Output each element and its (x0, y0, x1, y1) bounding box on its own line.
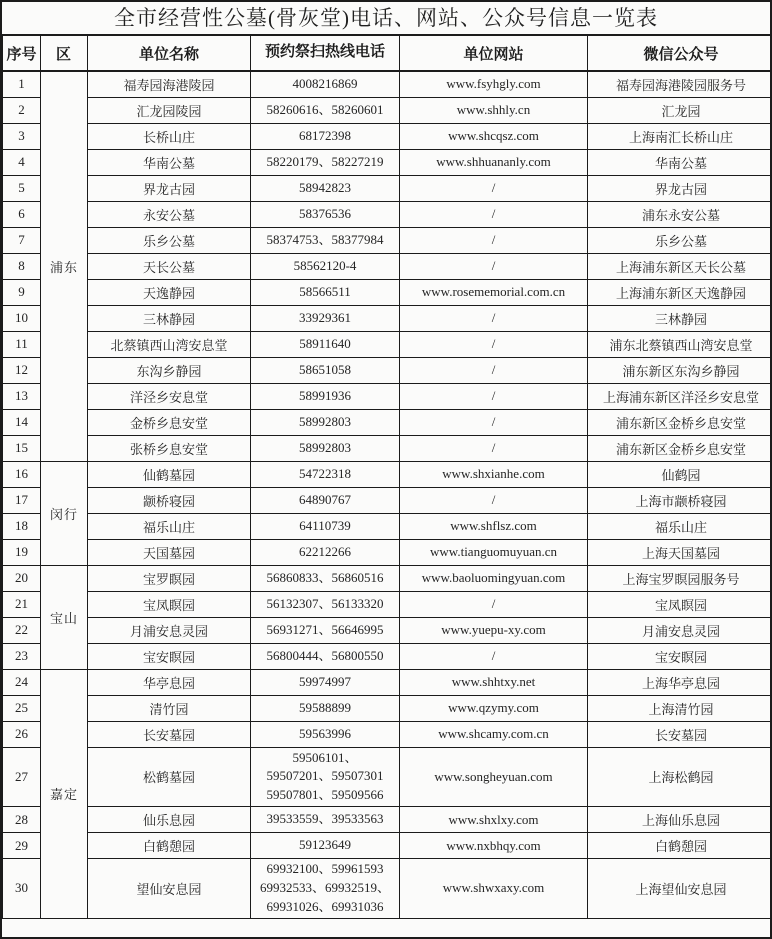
cell-phone: 58562120-4 (251, 253, 400, 279)
cell-wechat: 汇龙园 (588, 97, 772, 123)
cell-row-number: 29 (3, 833, 41, 859)
table-row: 11 北蔡镇西山湾安息堂 58911640 / 浦东北蔡镇西山湾安息堂 (3, 331, 772, 357)
cell-website: / (400, 201, 588, 227)
col-header-unit: 单位名称 (88, 35, 251, 71)
cell-wechat: 月浦安息灵园 (588, 617, 772, 643)
cell-website: / (400, 357, 588, 383)
cell-website: / (400, 383, 588, 409)
cell-website: www.shxlxy.com (400, 807, 588, 833)
cell-phone: 56931271、56646995 (251, 617, 400, 643)
cell-website: www.songheyuan.com (400, 747, 588, 807)
cell-unit-name: 金桥乡息安堂 (88, 409, 251, 435)
cell-row-number: 24 (3, 669, 41, 695)
cell-website: / (400, 643, 588, 669)
cell-unit-name: 望仙安息园 (88, 859, 251, 919)
cell-website: www.shwxaxy.com (400, 859, 588, 919)
page-title: 全市经营性公墓(骨灰堂)电话、网站、公众号信息一览表 (2, 2, 770, 34)
table-row: 29 白鹤憩园 59123649 www.nxbhqy.com 白鹤憩园 (3, 833, 772, 859)
cell-row-number: 30 (3, 859, 41, 919)
cell-unit-name: 仙鹤墓园 (88, 461, 251, 487)
cell-website: www.shhly.cn (400, 97, 588, 123)
col-header-district: 区 (41, 35, 88, 71)
table-row: 13 洋泾乡安息堂 58991936 / 上海浦东新区洋泾乡安息堂 (3, 383, 772, 409)
cell-phone: 58991936 (251, 383, 400, 409)
cell-row-number: 4 (3, 149, 41, 175)
cell-phone: 59588899 (251, 695, 400, 721)
cell-wechat: 上海天国墓园 (588, 539, 772, 565)
table-row: 23 宝安瞑园 56800444、56800550 / 宝安瞑园 (3, 643, 772, 669)
cell-phone: 58911640 (251, 331, 400, 357)
cell-phone: 54722318 (251, 461, 400, 487)
cell-wechat: 上海仙乐息园 (588, 807, 772, 833)
cell-website: / (400, 305, 588, 331)
cell-row-number: 10 (3, 305, 41, 331)
cell-website: / (400, 227, 588, 253)
table-row: 5 界龙古园 58942823 / 界龙古园 (3, 175, 772, 201)
cell-unit-name: 永安公墓 (88, 201, 251, 227)
cell-wechat: 白鹤憩园 (588, 833, 772, 859)
table-row: 10 三林静园 33929361 / 三林静园 (3, 305, 772, 331)
cell-unit-name: 宝安瞑园 (88, 643, 251, 669)
table-row: 24 嘉定 华亭息园 59974997 www.shhtxy.net 上海华亭息… (3, 669, 772, 695)
cell-phone: 58992803 (251, 435, 400, 461)
table-row: 9 天逸静园 58566511 www.rosememorial.com.cn … (3, 279, 772, 305)
cell-unit-name: 福乐山庄 (88, 513, 251, 539)
cell-phone: 56800444、56800550 (251, 643, 400, 669)
cell-wechat: 上海华亭息园 (588, 669, 772, 695)
cell-wechat: 上海浦东新区天逸静园 (588, 279, 772, 305)
cell-unit-name: 华亭息园 (88, 669, 251, 695)
cell-wechat: 浦东北蔡镇西山湾安息堂 (588, 331, 772, 357)
cell-phone: 58260616、58260601 (251, 97, 400, 123)
cell-row-number: 9 (3, 279, 41, 305)
col-header-no: 序号 (3, 35, 41, 71)
table-row: 26 长安墓园 59563996 www.shcamy.com.cn 长安墓园 (3, 721, 772, 747)
table-row: 27 松鹤墓园 59506101、 59507201、59507301 5950… (3, 747, 772, 807)
table-row: 28 仙乐息园 39533559、39533563 www.shxlxy.com… (3, 807, 772, 833)
cell-wechat: 上海浦东新区洋泾乡安息堂 (588, 383, 772, 409)
cell-website: www.yuepu-xy.com (400, 617, 588, 643)
table-body: 1 浦东 福寿园海港陵园 4008216869 www.fsyhgly.com … (3, 71, 772, 918)
cell-wechat: 上海宝罗瞑园服务号 (588, 565, 772, 591)
cell-website: www.shxianhe.com (400, 461, 588, 487)
col-header-website: 单位网站 (400, 35, 588, 71)
cell-wechat: 上海清竹园 (588, 695, 772, 721)
cell-website: www.shcamy.com.cn (400, 721, 588, 747)
cell-wechat: 浦东新区金桥乡息安堂 (588, 435, 772, 461)
cell-website: / (400, 487, 588, 513)
cell-phone: 4008216869 (251, 71, 400, 97)
cell-row-number: 11 (3, 331, 41, 357)
table-row: 25 清竹园 59588899 www.qzymy.com 上海清竹园 (3, 695, 772, 721)
cell-phone: 59974997 (251, 669, 400, 695)
table-row: 2 汇龙园陵园 58260616、58260601 www.shhly.cn 汇… (3, 97, 772, 123)
table-row: 7 乐乡公墓 58374753、58377984 / 乐乡公墓 (3, 227, 772, 253)
cell-website: / (400, 253, 588, 279)
cell-unit-name: 长桥山庄 (88, 123, 251, 149)
cell-row-number: 21 (3, 591, 41, 617)
cell-website: www.nxbhqy.com (400, 833, 588, 859)
cell-phone: 59563996 (251, 721, 400, 747)
cell-unit-name: 长安墓园 (88, 721, 251, 747)
table-row: 15 张桥乡息安堂 58992803 / 浦东新区金桥乡息安堂 (3, 435, 772, 461)
cell-row-number: 3 (3, 123, 41, 149)
cell-website: www.shhtxy.net (400, 669, 588, 695)
cell-phone: 39533559、39533563 (251, 807, 400, 833)
cell-row-number: 23 (3, 643, 41, 669)
cell-row-number: 16 (3, 461, 41, 487)
cell-wechat: 福乐山庄 (588, 513, 772, 539)
cell-wechat: 长安墓园 (588, 721, 772, 747)
cell-row-number: 8 (3, 253, 41, 279)
col-header-wechat: 微信公众号 (588, 35, 772, 71)
cell-row-number: 19 (3, 539, 41, 565)
table-row: 20 宝山 宝罗瞑园 56860833、56860516 www.baoluom… (3, 565, 772, 591)
cell-row-number: 7 (3, 227, 41, 253)
cell-row-number: 2 (3, 97, 41, 123)
cell-row-number: 1 (3, 71, 41, 97)
cell-website: www.qzymy.com (400, 695, 588, 721)
cell-website: / (400, 331, 588, 357)
col-header-phone: 预约祭扫热线电话 (251, 35, 400, 71)
cell-wechat: 浦东新区东沟乡静园 (588, 357, 772, 383)
cell-row-number: 28 (3, 807, 41, 833)
table-row: 8 天长公墓 58562120-4 / 上海浦东新区天长公墓 (3, 253, 772, 279)
cell-district-baoshan: 宝山 (41, 565, 88, 669)
cell-row-number: 22 (3, 617, 41, 643)
table-row: 22 月浦安息灵园 56931271、56646995 www.yuepu-xy… (3, 617, 772, 643)
cell-wechat: 浦东新区金桥乡息安堂 (588, 409, 772, 435)
cell-unit-name: 东沟乡静园 (88, 357, 251, 383)
cell-wechat: 上海浦东新区天长公墓 (588, 253, 772, 279)
cell-row-number: 17 (3, 487, 41, 513)
cell-district-pudong: 浦东 (41, 71, 88, 461)
cell-unit-name: 白鹤憩园 (88, 833, 251, 859)
cell-unit-name: 界龙古园 (88, 175, 251, 201)
cell-wechat: 仙鹤园 (588, 461, 772, 487)
cell-unit-name: 华南公墓 (88, 149, 251, 175)
table-row: 18 福乐山庄 64110739 www.shflsz.com 福乐山庄 (3, 513, 772, 539)
cell-district-minhang: 闵行 (41, 461, 88, 565)
table-row: 3 长桥山庄 68172398 www.shcqsz.com 上海南汇长桥山庄 (3, 123, 772, 149)
cell-website: www.shflsz.com (400, 513, 588, 539)
cell-wechat: 上海松鹤园 (588, 747, 772, 807)
cell-unit-name: 月浦安息灵园 (88, 617, 251, 643)
cell-phone: 58942823 (251, 175, 400, 201)
cell-wechat: 宝凤瞑园 (588, 591, 772, 617)
cell-wechat: 华南公墓 (588, 149, 772, 175)
cell-row-number: 12 (3, 357, 41, 383)
cell-wechat: 界龙古园 (588, 175, 772, 201)
cell-unit-name: 天长公墓 (88, 253, 251, 279)
cell-phone: 69932100、59961593 69932533、69932519、 699… (251, 859, 400, 919)
cell-wechat: 上海南汇长桥山庄 (588, 123, 772, 149)
cell-wechat: 上海市颛桥寝园 (588, 487, 772, 513)
cell-unit-name: 天逸静园 (88, 279, 251, 305)
cell-row-number: 13 (3, 383, 41, 409)
cell-website: www.baoluomingyuan.com (400, 565, 588, 591)
cell-unit-name: 乐乡公墓 (88, 227, 251, 253)
table-row: 1 浦东 福寿园海港陵园 4008216869 www.fsyhgly.com … (3, 71, 772, 97)
cell-unit-name: 北蔡镇西山湾安息堂 (88, 331, 251, 357)
cell-wechat: 乐乡公墓 (588, 227, 772, 253)
cell-row-number: 6 (3, 201, 41, 227)
table-row: 17 颛桥寝园 64890767 / 上海市颛桥寝园 (3, 487, 772, 513)
table-row: 12 东沟乡静园 58651058 / 浦东新区东沟乡静园 (3, 357, 772, 383)
cell-website: www.shhuananly.com (400, 149, 588, 175)
cell-website: / (400, 175, 588, 201)
cell-phone: 56132307、56133320 (251, 591, 400, 617)
cell-unit-name: 宝凤瞑园 (88, 591, 251, 617)
cell-website: / (400, 591, 588, 617)
cell-website: / (400, 435, 588, 461)
cell-website: www.fsyhgly.com (400, 71, 588, 97)
table-row: 14 金桥乡息安堂 58992803 / 浦东新区金桥乡息安堂 (3, 409, 772, 435)
cell-unit-name: 三林静园 (88, 305, 251, 331)
cell-phone: 59123649 (251, 833, 400, 859)
cell-phone: 62212266 (251, 539, 400, 565)
cell-wechat: 宝安瞑园 (588, 643, 772, 669)
cell-phone: 58651058 (251, 357, 400, 383)
table-row: 6 永安公墓 58376536 / 浦东永安公墓 (3, 201, 772, 227)
cell-row-number: 14 (3, 409, 41, 435)
table-row: 19 天国墓园 62212266 www.tianguomuyuan.cn 上海… (3, 539, 772, 565)
cell-unit-name: 仙乐息园 (88, 807, 251, 833)
cell-phone: 59506101、 59507201、59507301 59507801、595… (251, 747, 400, 807)
cell-wechat: 福寿园海港陵园服务号 (588, 71, 772, 97)
cell-website: www.rosememorial.com.cn (400, 279, 588, 305)
cell-unit-name: 宝罗瞑园 (88, 565, 251, 591)
cell-unit-name: 天国墓园 (88, 539, 251, 565)
cell-row-number: 5 (3, 175, 41, 201)
cell-unit-name: 福寿园海港陵园 (88, 71, 251, 97)
cell-row-number: 27 (3, 747, 41, 807)
cell-phone: 68172398 (251, 123, 400, 149)
cell-phone: 58992803 (251, 409, 400, 435)
document-sheet: 全市经营性公墓(骨灰堂)电话、网站、公众号信息一览表 序号 区 单位名称 预约祭… (0, 0, 772, 939)
table-row: 4 华南公墓 58220179、58227219 www.shhuananly.… (3, 149, 772, 175)
cell-row-number: 18 (3, 513, 41, 539)
table-row: 21 宝凤瞑园 56132307、56133320 / 宝凤瞑园 (3, 591, 772, 617)
cell-phone: 58376536 (251, 201, 400, 227)
cell-unit-name: 汇龙园陵园 (88, 97, 251, 123)
cell-phone: 64890767 (251, 487, 400, 513)
cell-phone: 58374753、58377984 (251, 227, 400, 253)
cell-wechat: 三林静园 (588, 305, 772, 331)
header-row: 序号 区 单位名称 预约祭扫热线电话 单位网站 微信公众号 (3, 35, 772, 71)
cell-phone: 64110739 (251, 513, 400, 539)
cell-phone: 56860833、56860516 (251, 565, 400, 591)
table-header: 序号 区 单位名称 预约祭扫热线电话 单位网站 微信公众号 (3, 35, 772, 71)
cell-row-number: 26 (3, 721, 41, 747)
cell-unit-name: 清竹园 (88, 695, 251, 721)
table-row: 30 望仙安息园 69932100、59961593 69932533、6993… (3, 859, 772, 919)
cell-website: www.shcqsz.com (400, 123, 588, 149)
cell-row-number: 25 (3, 695, 41, 721)
cell-wechat: 上海望仙安息园 (588, 859, 772, 919)
cell-unit-name: 张桥乡息安堂 (88, 435, 251, 461)
cell-unit-name: 洋泾乡安息堂 (88, 383, 251, 409)
cell-phone: 58566511 (251, 279, 400, 305)
cell-unit-name: 颛桥寝园 (88, 487, 251, 513)
cell-website: / (400, 409, 588, 435)
cell-row-number: 15 (3, 435, 41, 461)
cell-wechat: 浦东永安公墓 (588, 201, 772, 227)
cell-phone: 33929361 (251, 305, 400, 331)
cell-phone: 58220179、58227219 (251, 149, 400, 175)
cell-unit-name: 松鹤墓园 (88, 747, 251, 807)
cell-website: www.tianguomuyuan.cn (400, 539, 588, 565)
cemetery-info-table: 序号 区 单位名称 预约祭扫热线电话 单位网站 微信公众号 1 浦东 福寿园海港… (2, 34, 772, 919)
cell-district-jiading: 嘉定 (41, 669, 88, 918)
table-row: 16 闵行 仙鹤墓园 54722318 www.shxianhe.com 仙鹤园 (3, 461, 772, 487)
cell-row-number: 20 (3, 565, 41, 591)
